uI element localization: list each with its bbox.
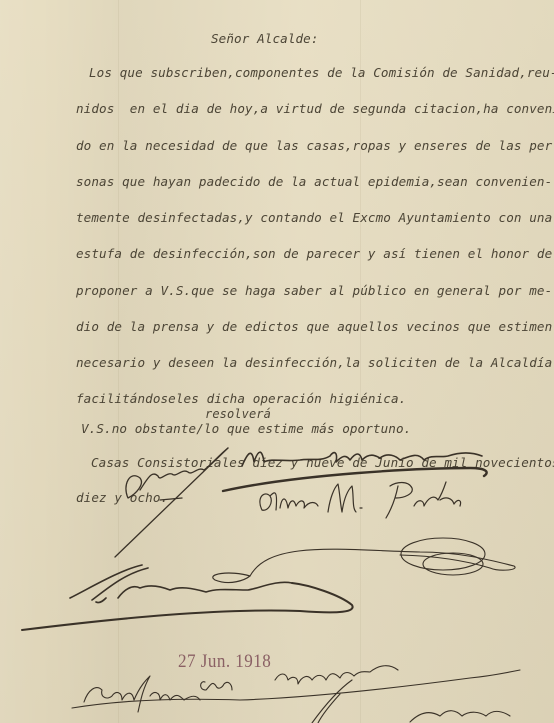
letter-page: Señor Alcalde: Los que subscriben,compon… [0, 0, 554, 723]
received-date-stamp: 27 Jun. 1918 [178, 651, 271, 673]
date-line: Casas Consistoriales diez y nueve de Jun… [91, 455, 554, 470]
body-line: necesario y deseen la desinfección,la so… [76, 355, 554, 370]
closing-line: V.S.no obstante/lo que estime más oportu… [81, 421, 554, 436]
body-line: temente desinfectadas,y contando el Excm… [76, 210, 554, 225]
handwritten-note-conforme [72, 666, 520, 723]
insertion-above: resolverá [205, 407, 554, 421]
body-line: Los que subscriben,componentes de la Com… [89, 65, 554, 80]
body-line: estufa de desinfección,son de parecer y … [76, 246, 554, 261]
body-line: proponer a V.S.que se haga saber al públ… [76, 283, 554, 298]
body-line: do en la necesidad de que las casas,ropa… [76, 138, 554, 153]
body-line: facilitándoseles dicha operación higiéni… [76, 391, 554, 406]
body-line: dio de la prensa y de edictos que aquell… [76, 319, 554, 334]
salutation: Señor Alcalde: [211, 31, 554, 46]
body-line: nidos en el dia de hoy,a virtud de segun… [76, 101, 554, 116]
signature-large-flourish [22, 538, 515, 630]
date-line: diez y ocho. [76, 490, 554, 505]
body-line: sonas que hayan padecido de la actual ep… [76, 174, 554, 189]
